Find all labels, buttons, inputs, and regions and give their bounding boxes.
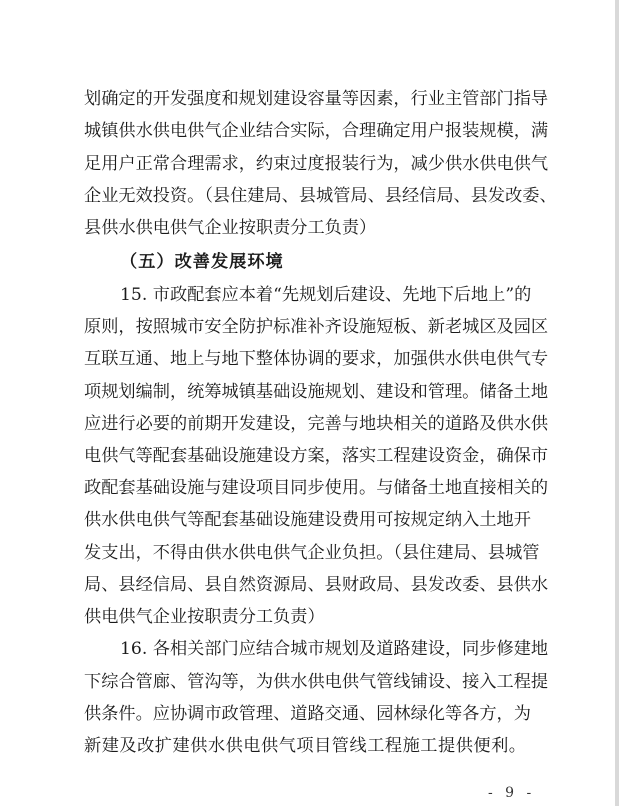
item-15-line: 电供气等配套基础设施建设方案，落实工程建设资金，确保市: [84, 440, 526, 472]
item-16-line: 下综合管廊、管沟等，为供水供电供气管线铺设、接入工程提: [84, 666, 526, 698]
section-heading: （五）改善发展环境: [120, 246, 284, 278]
item-15-line: 局、县经信局、县自然资源局、县财政局、县发改委、县供水: [84, 569, 526, 601]
paragraph-line: 企业无效投资。（县住建局、县城管局、县经信局、县发改委、: [84, 180, 526, 212]
item-15-line: 15. 市政配套应本着“先规划后建设、先地下后地上”的: [120, 279, 526, 311]
document-page: 划确定的开发强度和规划建设容量等因素，行业主管部门指导 城镇供水供电供气企业结合…: [0, 0, 615, 806]
item-15-line: 互联互通、地上与地下整体协调的要求，加强供水供电供气专: [84, 343, 526, 375]
page-edge-scrollbar[interactable]: [615, 0, 619, 806]
item-16-line: 16. 各相关部门应结合城市规划及道路建设，同步修建地: [120, 633, 526, 665]
item-15-line: 供水供电供气等配套基础设施建设费用可按规定纳入土地开: [84, 504, 526, 536]
item-15-line: 政配套基础设施与建设项目同步使用。与储备土地直接相关的: [84, 472, 526, 504]
item-15-line: 应进行必要的前期开发建设，完善与地块相关的道路及供水供: [84, 408, 526, 440]
paragraph-line: 县供水供电供气企业按职责分工负责）: [84, 212, 526, 244]
paragraph-line: 划确定的开发强度和规划建设容量等因素，行业主管部门指导: [84, 83, 526, 115]
item-15-line: 供电供气企业按职责分工负责）: [84, 601, 526, 633]
item-15-line: 项规划编制，统筹城镇基础设施规划、建设和管理。储备土地: [84, 376, 526, 408]
paragraph-line: 城镇供水供电供气企业结合实际，合理确定用户报装规模，满: [84, 115, 526, 147]
item-15-line: 发支出，不得由供水供电供气企业负担。（县住建局、县城管: [84, 537, 526, 569]
paragraph-line: 足用户正常合理需求，约束过度报装行为，减少供水供电供气: [84, 148, 526, 180]
item-16-line: 供条件。应协调市政管理、道路交通、园林绿化等各方，为: [84, 698, 526, 730]
item-16-line: 新建及改扩建供水供电供气项目管线工程施工提供便利。: [84, 730, 526, 762]
page-number: - 9 -: [488, 784, 535, 802]
item-15-line: 原则，按照城市安全防护标准补齐设施短板、新老城区及园区: [84, 311, 526, 343]
